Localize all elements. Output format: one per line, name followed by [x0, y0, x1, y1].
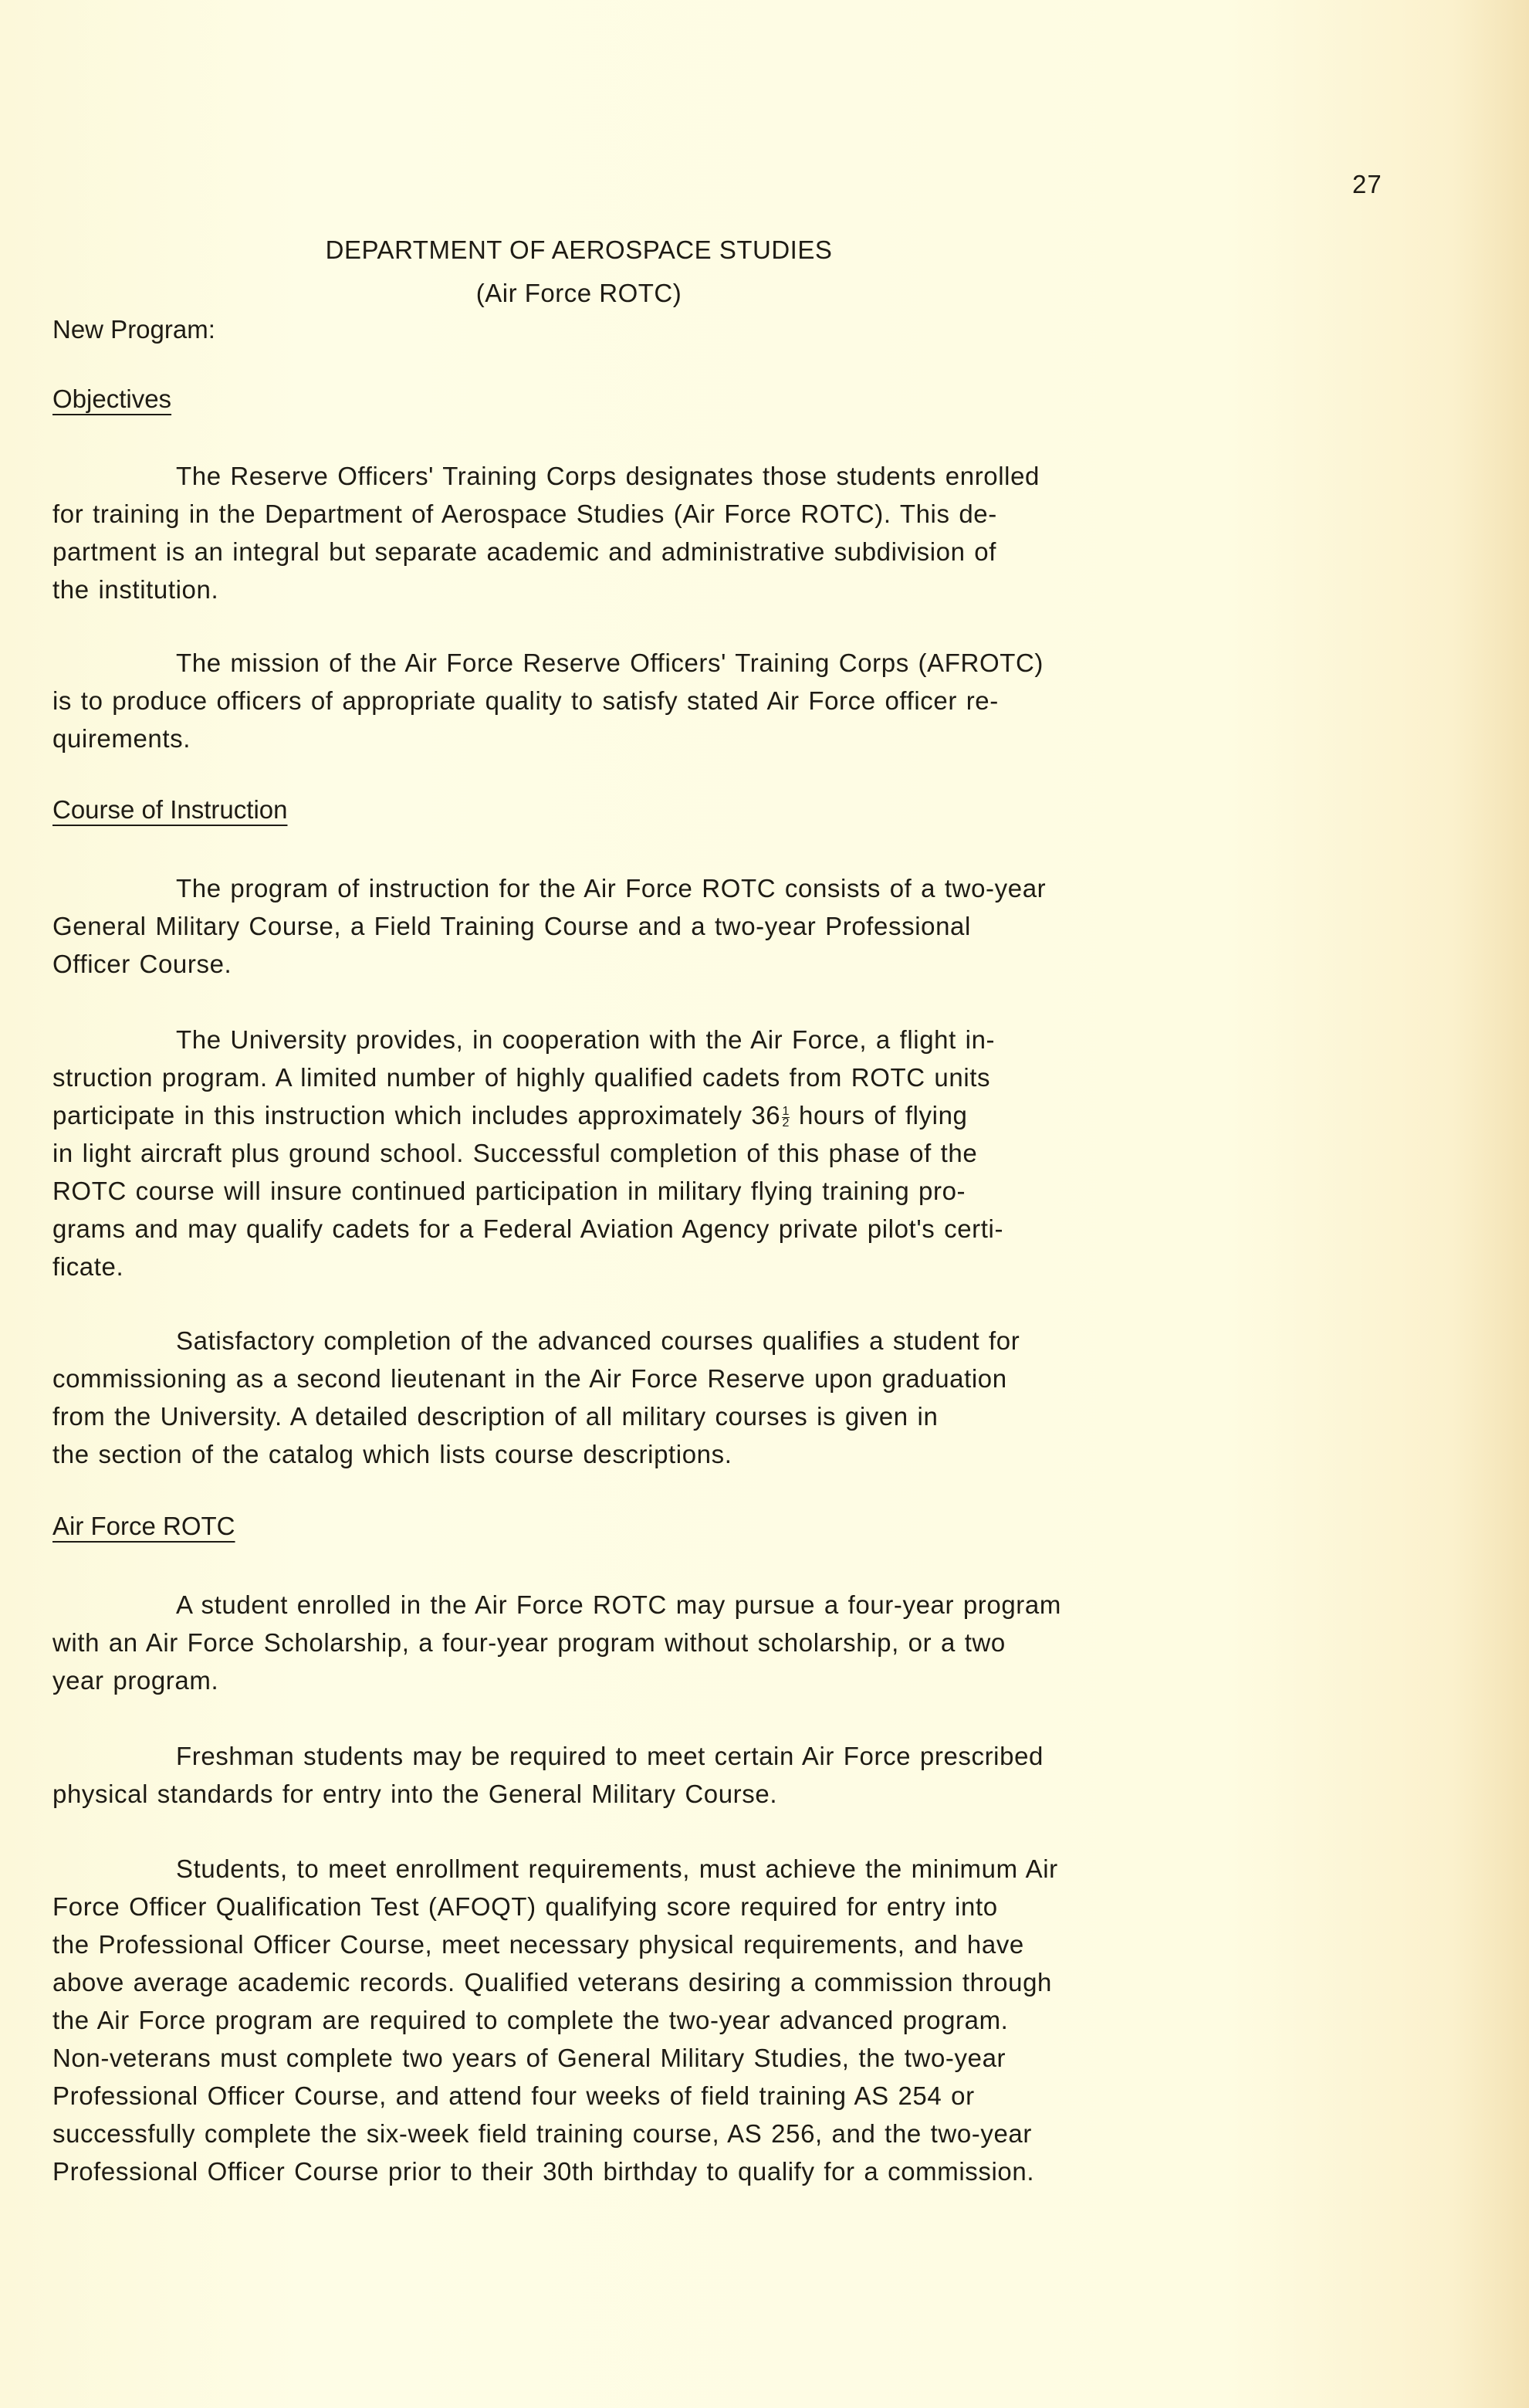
department-title: DEPARTMENT OF AEROSPACE STUDIES: [0, 229, 1158, 272]
text-line: Professional Officer Course prior to the…: [52, 2152, 1403, 2190]
text-line: The program of instruction for the Air F…: [52, 869, 1403, 907]
paragraph-course-1: The program of instruction for the Air F…: [52, 869, 1403, 983]
text-line: ficate.: [52, 1248, 1403, 1285]
paragraph-course-2: The University provides, in cooperation …: [52, 1021, 1403, 1285]
text-line: Professional Officer Course, and attend …: [52, 2077, 1403, 2115]
paragraph-objectives-2: The mission of the Air Force Reserve Off…: [52, 644, 1403, 757]
text-line: Force Officer Qualification Test (AFOQT)…: [52, 1888, 1403, 1925]
text-line: General Military Course, a Field Trainin…: [52, 907, 1403, 945]
text-line: the Professional Officer Course, meet ne…: [52, 1925, 1403, 1963]
paragraph-afrotc-1: A student enrolled in the Air Force ROTC…: [52, 1586, 1403, 1699]
text-line: in light aircraft plus ground school. Su…: [52, 1134, 1403, 1172]
text-line: The University provides, in cooperation …: [52, 1021, 1403, 1058]
text-line: the Air Force program are required to co…: [52, 2001, 1403, 2039]
text-fragment: participate in this instruction which in…: [52, 1101, 780, 1129]
page-number: 27: [1352, 170, 1382, 199]
text-line: with an Air Force Scholarship, a four-ye…: [52, 1624, 1403, 1661]
text-line: year program.: [52, 1661, 1403, 1699]
paragraph-afrotc-3: Students, to meet enrollment requirement…: [52, 1850, 1403, 2190]
heading-course-of-instruction: Course of Instruction: [52, 795, 287, 825]
heading-air-force-rotc: Air Force ROTC: [52, 1512, 235, 1541]
text-line: The mission of the Air Force Reserve Off…: [52, 644, 1403, 682]
text-line: The Reserve Officers' Training Corps des…: [52, 457, 1403, 495]
paragraph-course-3: Satisfactory completion of the advanced …: [52, 1322, 1403, 1473]
heading-objectives: Objectives: [52, 384, 171, 414]
fraction-denominator: 2: [782, 1118, 790, 1129]
department-subtitle: (Air Force ROTC): [0, 272, 1158, 315]
text-line: the institution.: [52, 571, 1403, 608]
document-page: 27 DEPARTMENT OF AEROSPACE STUDIES (Air …: [0, 0, 1529, 2408]
text-line: above average academic records. Qualifie…: [52, 1963, 1403, 2001]
text-line: ROTC course will insure continued partic…: [52, 1172, 1403, 1210]
text-line: Officer Course.: [52, 945, 1403, 983]
text-line: Non-veterans must complete two years of …: [52, 2039, 1403, 2077]
department-header: DEPARTMENT OF AEROSPACE STUDIES (Air For…: [0, 229, 1158, 315]
text-line: struction program. A limited number of h…: [52, 1058, 1403, 1096]
text-line: physical standards for entry into the Ge…: [52, 1775, 1403, 1813]
fraction-numerator: 1: [782, 1106, 790, 1117]
paragraph-afrotc-2: Freshman students may be required to mee…: [52, 1737, 1403, 1813]
text-line: Students, to meet enrollment requirement…: [52, 1850, 1403, 1888]
text-line: is to produce officers of appropriate qu…: [52, 682, 1403, 720]
text-line: partment is an integral but separate aca…: [52, 533, 1403, 571]
text-fragment: hours of flying: [790, 1101, 967, 1129]
text-line-with-fraction: participate in this instruction which in…: [52, 1096, 1403, 1134]
text-line: the section of the catalog which lists c…: [52, 1435, 1403, 1473]
text-line: commissioning as a second lieutenant in …: [52, 1360, 1403, 1397]
text-line: successfully complete the six-week field…: [52, 2115, 1403, 2152]
text-line: from the University. A detailed descript…: [52, 1397, 1403, 1435]
text-line: A student enrolled in the Air Force ROTC…: [52, 1586, 1403, 1624]
text-line: Satisfactory completion of the advanced …: [52, 1322, 1403, 1360]
fraction-one-half: 12: [782, 1106, 790, 1129]
new-program-label: New Program:: [52, 315, 215, 344]
paragraph-objectives-1: The Reserve Officers' Training Corps des…: [52, 457, 1403, 608]
text-line: grams and may qualify cadets for a Feder…: [52, 1210, 1403, 1248]
text-line: for training in the Department of Aerosp…: [52, 495, 1403, 533]
text-line: quirements.: [52, 720, 1403, 757]
text-line: Freshman students may be required to mee…: [52, 1737, 1403, 1775]
